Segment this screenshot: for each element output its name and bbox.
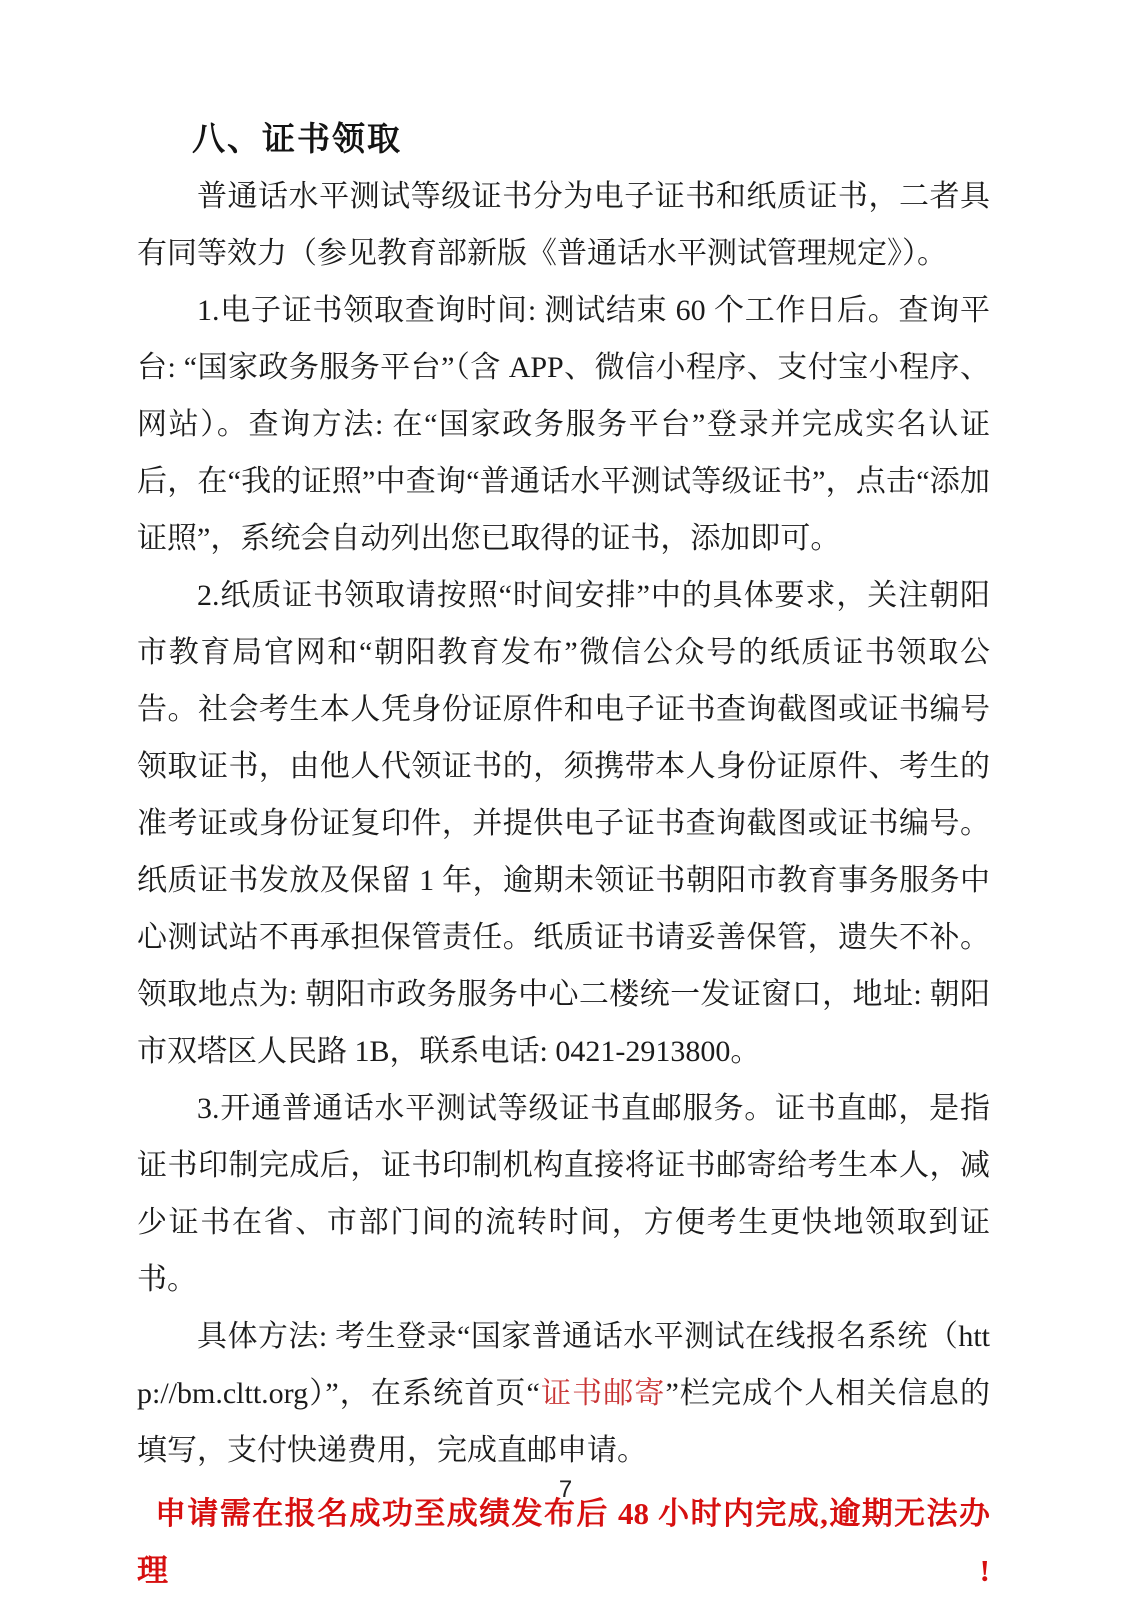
page-number: 7 [0,1476,1131,1504]
section-heading: 八、证书领取 [137,118,990,160]
paragraph-item-1-electronic-certificate: 1.电子证书领取查询时间: 测试结束 60 个工作日后。查询平台: “国家政务服… [137,282,990,567]
paragraph-intro: 普通话水平测试等级证书分为电子证书和纸质证书，二者具有同等效力（参见教育部新版《… [137,168,990,282]
method-text-highlight-red: 证书邮寄 [540,1377,666,1410]
document-content: 八、证书领取 普通话水平测试等级证书分为电子证书和纸质证书，二者具有同等效力（参… [137,118,990,1599]
paragraph-item-2-paper-certificate: 2.纸质证书领取请按照“时间安排”中的具体要求，关注朝阳市教育局官网和“朝阳教育… [137,567,990,1080]
paragraph-method: 具体方法: 考生登录“国家普通话水平测试在线报名系统（http://bm.clt… [137,1308,990,1479]
document-page: 八、证书领取 普通话水平测试等级证书分为电子证书和纸质证书，二者具有同等效力（参… [0,0,1131,1600]
paragraph-item-3-direct-mail: 3.开通普通话水平测试等级证书直邮服务。证书直邮，是指证书印制完成后，证书印制机… [137,1080,990,1308]
